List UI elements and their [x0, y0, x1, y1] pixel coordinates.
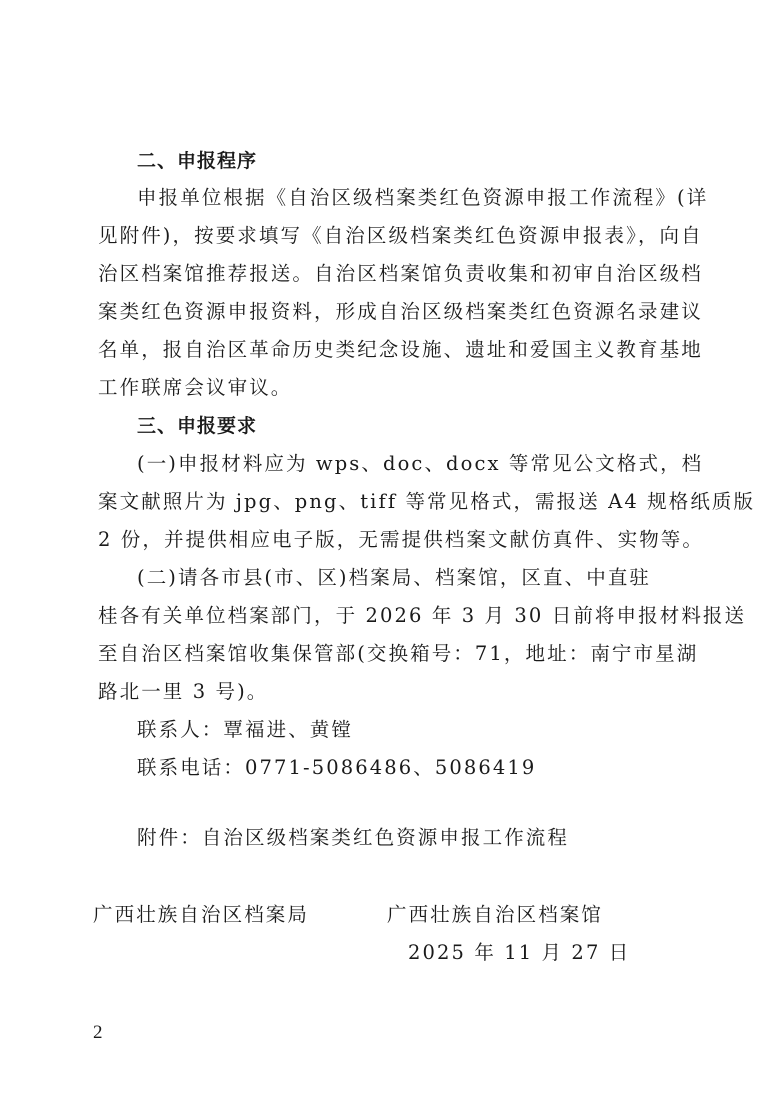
paragraph-line: 桂各有关单位档案部门，于 2026 年 3 月 30 日前将申报材料报送 — [98, 601, 688, 631]
paragraph-line: 治区档案馆推荐报送。自治区档案馆负责收集和初审自治区级档 — [98, 259, 688, 289]
paragraph-line: 案类红色资源申报资料，形成自治区级档案类红色资源名录建议 — [98, 297, 688, 327]
signature-right: 广西壮族自治区档案馆 — [387, 900, 777, 930]
paragraph-line: (二)请各市县(市、区)档案局、档案馆，区直、中直驻 — [137, 563, 727, 593]
page-number: 2 — [93, 1022, 103, 1044]
contact-person: 联系人：覃福进、黄镗 — [137, 715, 727, 745]
paragraph-line: 案文献照片为 jpg、png、tiff 等常见格式，需报送 A4 规格纸质版 — [98, 487, 688, 517]
contact-phone: 联系电话：0771-5086486、5086419 — [137, 753, 727, 783]
paragraph-line: 见附件)，按要求填写《自治区级档案类红色资源申报表》，向自 — [98, 221, 688, 251]
paragraph-line: 2 份，并提供相应电子版，无需提供档案文献仿真件、实物等。 — [98, 525, 688, 555]
section-heading-requirements: 三、申报要求 — [137, 411, 727, 441]
paragraph-line: (一)申报材料应为 wps、doc、docx 等常见公文格式，档 — [137, 449, 727, 479]
paragraph-line: 名单，报自治区革命历史类纪念设施、遗址和爱国主义教育基地 — [98, 335, 688, 365]
signature-date: 2025 年 11 月 27 日 — [408, 938, 777, 968]
paragraph-line: 申报单位根据《自治区级档案类红色资源申报工作流程》(详 — [137, 183, 727, 213]
paragraph-line: 至自治区档案馆收集保管部(交换箱号：71，地址：南宁市星湖 — [98, 639, 688, 669]
document-page: 二、申报程序 申报单位根据《自治区级档案类红色资源申报工作流程》(详 见附件)，… — [0, 0, 777, 1100]
attachment-note: 附件：自治区级档案类红色资源申报工作流程 — [137, 823, 727, 853]
section-heading-procedure: 二、申报程序 — [137, 146, 727, 176]
paragraph-line: 工作联席会议审议。 — [98, 373, 688, 403]
paragraph-line: 路北一里 3 号)。 — [98, 677, 688, 707]
